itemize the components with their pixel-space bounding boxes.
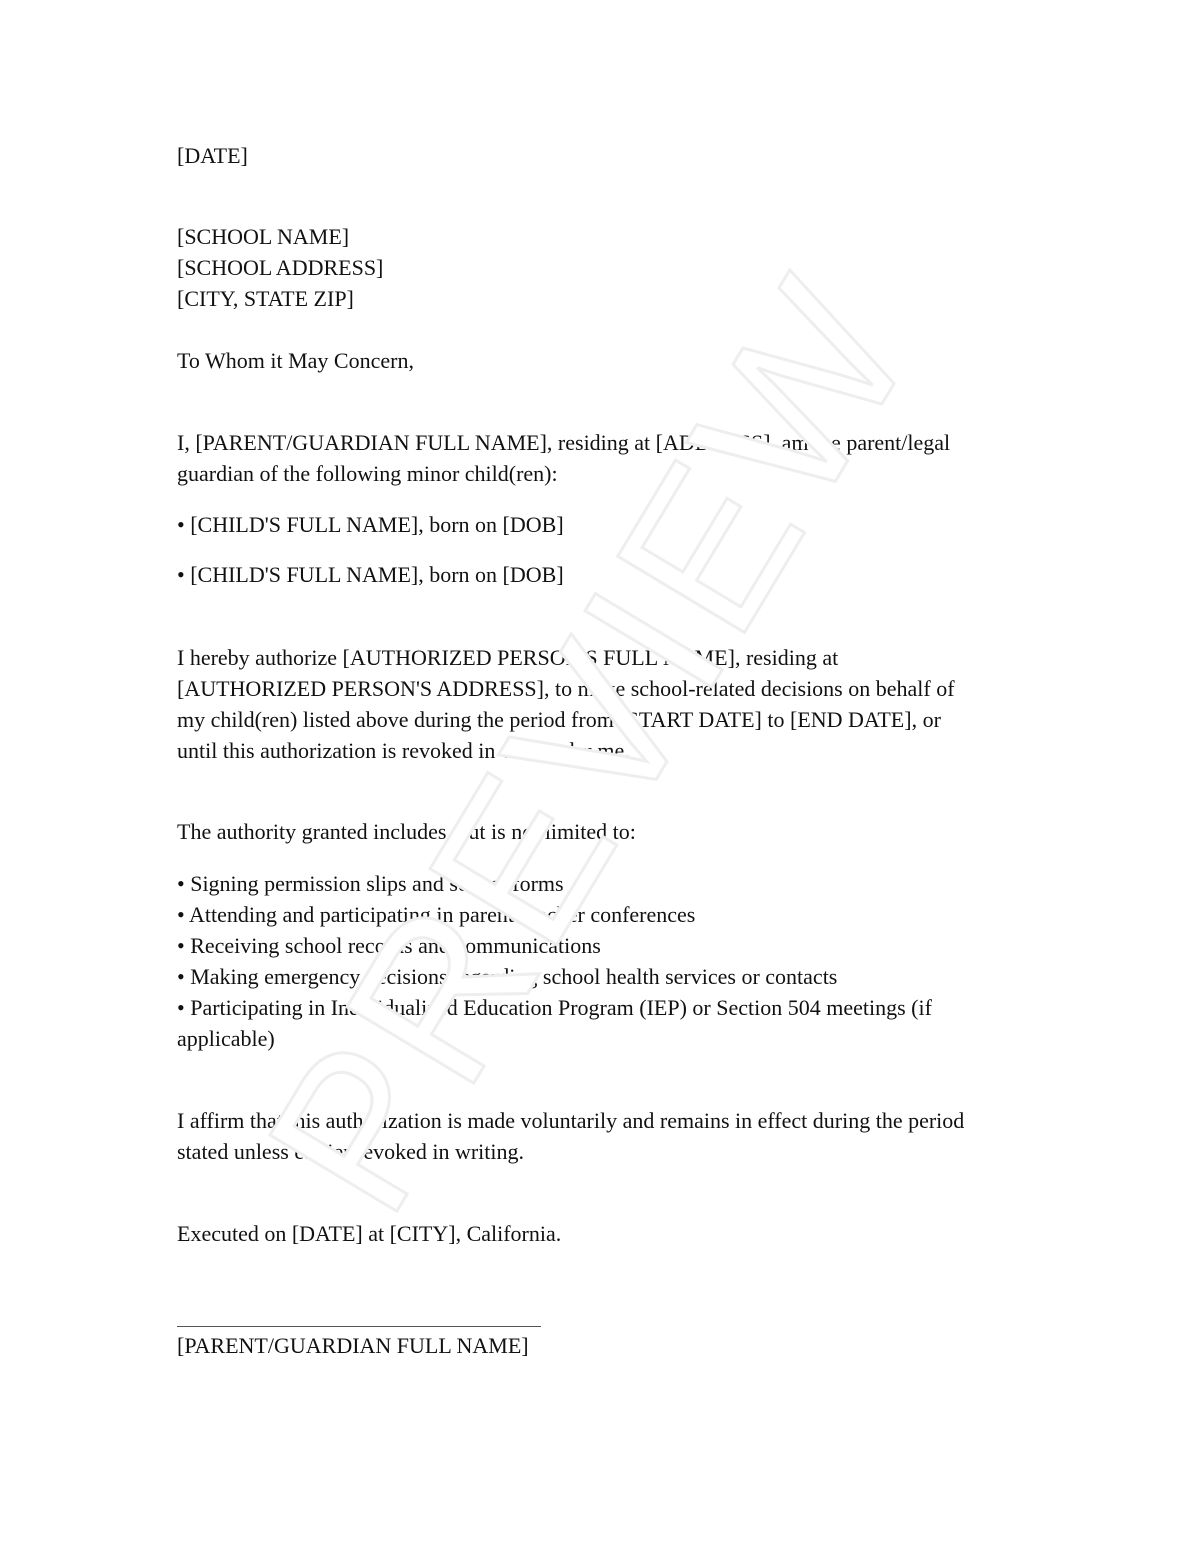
authority-list-item: • Receiving school records and communica… bbox=[177, 933, 601, 959]
authorization-line-1: I hereby authorize [AUTHORIZED PERSON'S … bbox=[177, 645, 838, 671]
authorization-line-2: [AUTHORIZED PERSON'S ADDRESS], to make s… bbox=[177, 676, 955, 702]
school-city-state-zip: [CITY, STATE ZIP] bbox=[177, 286, 354, 312]
intro-line-1: I, [PARENT/GUARDIAN FULL NAME], residing… bbox=[177, 430, 950, 456]
authority-list-item-continuation: applicable) bbox=[177, 1026, 275, 1052]
affirmation-line-1: I affirm that this authorization is made… bbox=[177, 1108, 964, 1134]
authorization-line-3: my child(ren) listed above during the pe… bbox=[177, 707, 941, 733]
authority-list-item: • Participating in Individualized Educat… bbox=[177, 995, 932, 1021]
letter-date: [DATE] bbox=[177, 143, 248, 169]
signature-name: [PARENT/GUARDIAN FULL NAME] bbox=[177, 1333, 529, 1359]
school-name: [SCHOOL NAME] bbox=[177, 224, 349, 250]
authority-list-item: • Attending and participating in parent-… bbox=[177, 902, 695, 928]
affirmation-line-2: stated unless earlier revoked in writing… bbox=[177, 1139, 524, 1165]
execution-statement: Executed on [DATE] at [CITY], California… bbox=[177, 1221, 561, 1247]
authority-list-item: • Making emergency decisions regarding s… bbox=[177, 964, 837, 990]
signature-line bbox=[177, 1326, 541, 1327]
intro-line-2: guardian of the following minor child(re… bbox=[177, 461, 558, 487]
school-address: [SCHOOL ADDRESS] bbox=[177, 255, 383, 281]
authority-intro: The authority granted includes, but is n… bbox=[177, 819, 636, 845]
child-list-item: • [CHILD'S FULL NAME], born on [DOB] bbox=[177, 562, 564, 588]
document-page: [DATE] [SCHOOL NAME] [SCHOOL ADDRESS] [C… bbox=[0, 0, 1200, 1553]
authorization-line-4: until this authorization is revoked in w… bbox=[177, 738, 630, 764]
salutation: To Whom it May Concern, bbox=[177, 348, 414, 374]
child-list-item: • [CHILD'S FULL NAME], born on [DOB] bbox=[177, 512, 564, 538]
authority-list-item: • Signing permission slips and school fo… bbox=[177, 871, 564, 897]
